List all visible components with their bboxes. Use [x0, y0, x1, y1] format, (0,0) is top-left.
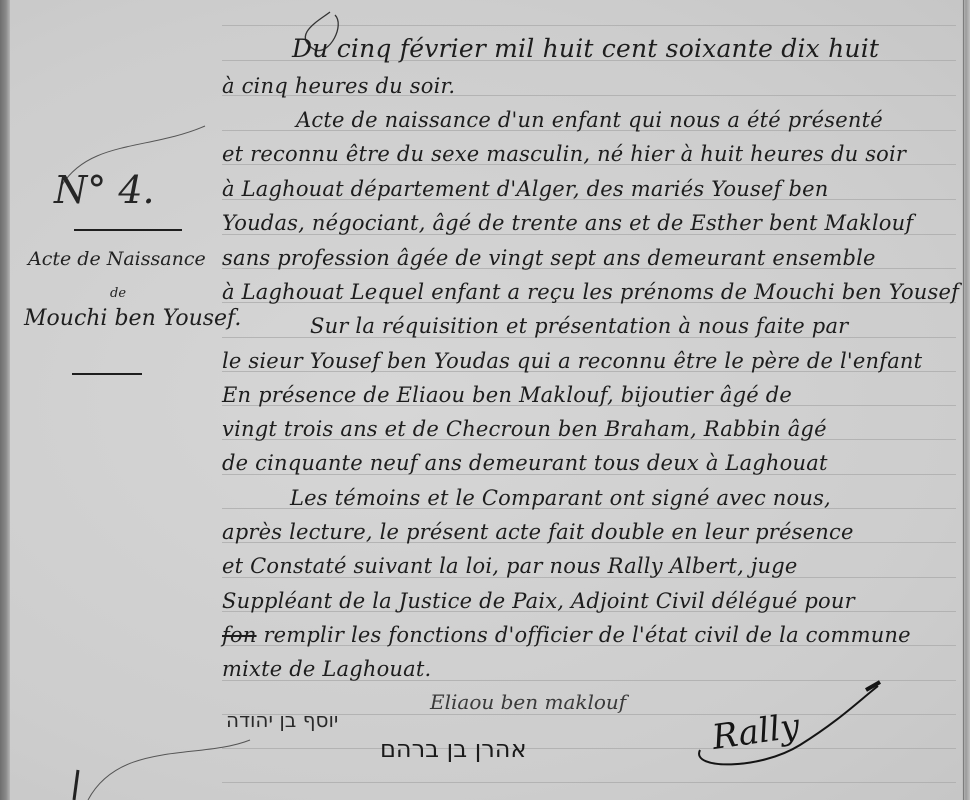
body-line-18-text: remplir les fonctions d'officier de l'ét… [263, 623, 910, 647]
body-line-2: à cinq heures du soir. [222, 74, 455, 98]
margin-divider [74, 229, 182, 231]
body-line-17: Suppléant de la Justice de Paix, Adjoint… [222, 589, 855, 613]
body-line-3: Acte de naissance d'un enfant qui nous a… [296, 108, 883, 132]
ruled-line [222, 782, 956, 783]
page-right-rule [963, 0, 964, 800]
margin-de-label: de [110, 286, 126, 301]
body-line-1: Du cinq février mil huit cent soixante d… [292, 34, 879, 63]
entry-number: N° 4. [54, 168, 155, 212]
body-line-15: après lecture, le présent acte fait doub… [222, 520, 854, 544]
struck-word: fon [222, 623, 257, 647]
margin-subject-name: Mouchi ben Yousef. [24, 306, 241, 331]
signature-hebrew-father: יוסף בן יהודה [226, 708, 338, 732]
signature-hebrew-witness: אהרן בן ברהם [380, 735, 527, 763]
body-line-4: et reconnu être du sexe masculin, né hie… [222, 142, 906, 166]
page-binding-edge [0, 0, 10, 800]
ruled-line [222, 748, 956, 749]
body-line-11: En présence de Eliaou ben Maklouf, bijou… [222, 383, 792, 407]
body-line-10: le sieur Yousef ben Youdas qui a reconnu… [222, 349, 922, 373]
body-line-19: mixte de Laghouat. [222, 657, 431, 681]
body-line-9: Sur la réquisition et présentation à nou… [310, 314, 848, 338]
body-line-13: de cinquante neuf ans demeurant tous deu… [222, 451, 828, 475]
body-line-18: fon remplir les fonctions d'officier de … [222, 623, 911, 647]
margin-record-type: Acte de Naissance [28, 248, 206, 270]
body-line-16: et Constaté suivant la loi, par nous Ral… [222, 554, 798, 578]
body-line-14: Les témoins et le Comparant ont signé av… [290, 486, 831, 510]
body-line-8: à Laghouat Lequel enfant a reçu les prén… [222, 280, 959, 304]
margin-divider [72, 373, 142, 375]
ruled-line [222, 25, 956, 26]
body-line-5: à Laghouat département d'Alger, des mari… [222, 177, 828, 201]
body-line-6: Youdas, négociant, âgé de trente ans et … [222, 211, 913, 235]
register-page: N° 4. Acte de Naissance de Mouchi ben Yo… [0, 0, 970, 800]
signature-witness-eliaou: Eliaou ben maklouf [430, 690, 626, 714]
body-line-7: sans profession âgée de vingt sept ans d… [222, 246, 876, 270]
body-line-12: vingt trois ans et de Checroun ben Braha… [222, 417, 827, 441]
